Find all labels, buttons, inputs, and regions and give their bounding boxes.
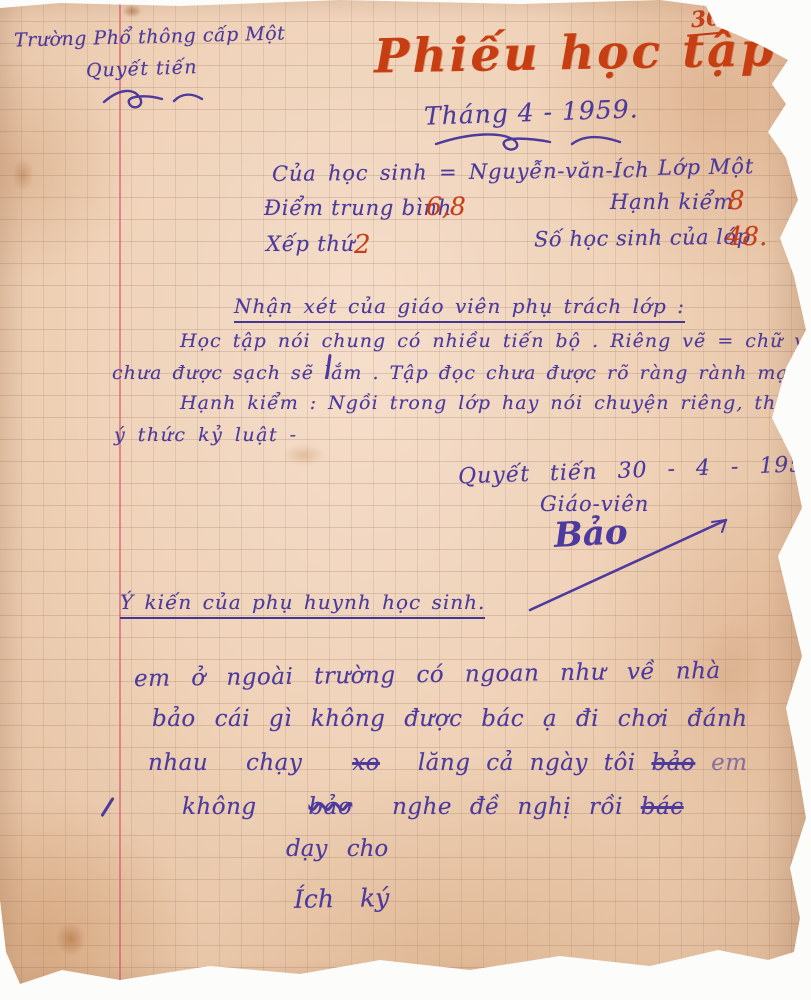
paper-sheet: 30 Trường Phổ thông cấp Một Quyết tiến P… bbox=[0, 0, 811, 1000]
parent-line4-word: không bbox=[182, 794, 257, 820]
parent-line3: nhau chạy xo lăng cả ngày tôi bảo em bbox=[148, 750, 748, 776]
teacher-comment-line2: chưa được sạch sẽ lắm . Tập đọc chưa đượ… bbox=[112, 362, 811, 384]
paper-edge-shading bbox=[0, 0, 811, 1000]
rank-value: 2 bbox=[354, 230, 371, 260]
conduct-label: Hạnh kiểm bbox=[610, 190, 734, 214]
parent-line1: em ở ngoài trường có ngoan như về nhà bbox=[134, 658, 721, 692]
school-flourish bbox=[100, 86, 210, 116]
teacher-comments-heading: Nhận xét của giáo viên phụ trách lớp : bbox=[234, 294, 685, 323]
subtitle-flourish bbox=[432, 130, 632, 156]
crossed-out-word: bảo bbox=[651, 750, 695, 776]
margin-line bbox=[119, 0, 121, 992]
parent-line4: không bảo nghe đề nghị rồi bác bbox=[182, 794, 684, 820]
crossed-out-word: xo bbox=[352, 750, 380, 776]
parent-line5: dạy cho bbox=[286, 836, 388, 862]
paper-stain bbox=[282, 444, 326, 466]
stray-pen-mark bbox=[100, 797, 114, 817]
average-label: Điểm trung bình bbox=[264, 196, 452, 220]
class-size-label: Số học sinh của lớp bbox=[534, 224, 751, 251]
parent-line3-word: chạy bbox=[246, 750, 302, 776]
average-value: 6,8 bbox=[426, 192, 466, 221]
page-title: Phiếu học tập bbox=[374, 22, 777, 84]
parent-opinion-heading: Ý kiến của phụ huynh học sinh. bbox=[120, 590, 485, 619]
parent-line4-word: nghe đề nghị rồi bbox=[392, 794, 623, 820]
parent-line3-word: lăng cả ngày tôi bbox=[418, 750, 636, 776]
student-class-line: Lớp Một bbox=[658, 154, 755, 180]
school-name-line2: Quyết tiến bbox=[86, 56, 198, 82]
student-name-line: Của học sinh = Nguyễn-văn-Ích bbox=[272, 158, 650, 186]
parent-line3-word: nhau bbox=[148, 750, 208, 776]
class-size-value: 48. bbox=[726, 222, 767, 252]
paper-stain bbox=[122, 4, 142, 18]
parent-signature: Ích ký bbox=[294, 883, 390, 914]
teacher-comment-line3: Hạnh kiểm : Ngồi trong lớp hay nói chuyệ… bbox=[180, 392, 809, 414]
place-date-line: Quyết tiến 30 - 4 - 1959. bbox=[458, 452, 811, 490]
teacher-comment-line1: Học tập nói chung có nhiều tiến bộ . Riê… bbox=[180, 330, 811, 352]
paper-stain bbox=[56, 922, 86, 956]
signature-flourish bbox=[498, 506, 743, 618]
crossed-out-word: bác bbox=[641, 794, 684, 820]
conduct-value: 8 bbox=[728, 186, 745, 216]
rank-label: Xếp thứ bbox=[266, 232, 355, 256]
scanned-report-card: 30 Trường Phổ thông cấp Một Quyết tiến P… bbox=[0, 0, 811, 1000]
parent-line2: bảo cái gì không được bác ạ đi chơi đánh bbox=[152, 706, 748, 732]
parent-line3-word: em bbox=[711, 750, 747, 776]
teacher-comment-line4: ý thức kỷ luật - bbox=[114, 424, 298, 446]
scribbled-out-word: bảo bbox=[308, 794, 352, 820]
paper-stain bbox=[12, 158, 34, 192]
school-name-line1: Trường Phổ thông cấp Một bbox=[14, 22, 286, 51]
title-subdate: Tháng 4 - 1959. bbox=[424, 94, 639, 130]
